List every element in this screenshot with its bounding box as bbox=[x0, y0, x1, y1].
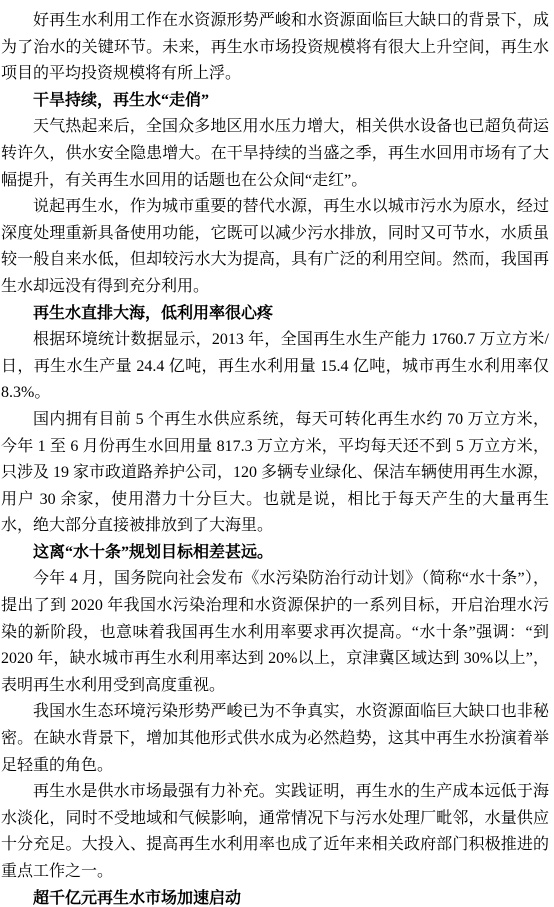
paragraph-reclaimed-water-intro: 说起再生水，作为城市重要的替代水源，再生水以城市污水为原水，经过深度处理重新具备… bbox=[1, 194, 549, 300]
paragraph-supply-market-supplement: 再生水是供水市场最强有力补充。实践证明，再生水的生产成本远低于海水淡化，同时不受… bbox=[1, 779, 549, 885]
paragraph-water-ten-plan: 今年 4 月，国务院向社会发布《水污染防治行动计划》（简称“水十条”），提出了到… bbox=[1, 566, 549, 699]
section-heading-market-launch: 超千亿元再生水市场加速启动 bbox=[1, 886, 549, 907]
section-heading-low-utilization: 再生水直排大海，低利用率很心疼 bbox=[1, 301, 549, 328]
paragraph-supply-systems: 国内拥有目前 5 个再生水供应系统，每天可转化再生水约 70 万立方米，今年 1… bbox=[1, 407, 549, 540]
section-heading-drought-popularity: 干旱持续，再生水“走俏” bbox=[1, 88, 549, 115]
paragraph-investment-outlook: 好再生水利用工作在水资源形势严峻和水资源面临巨大缺口的背景下，成为了治水的关键环… bbox=[1, 8, 549, 88]
paragraph-water-pressure: 天气热起来后，全国众多地区用水压力增大，相关供水设备也已超负荷运转许久，供水安全… bbox=[1, 114, 549, 194]
document-page: 好再生水利用工作在水资源形势严峻和水资源面临巨大缺口的背景下，成为了治水的关键环… bbox=[0, 0, 554, 907]
paragraph-water-shortage-trend: 我国水生态环境污染形势严峻已为不争真实，水资源面临巨大缺口也非秘密。在缺水背景下… bbox=[1, 699, 549, 779]
section-heading-gap-from-plan: 这离“水十条”规划目标相差甚远。 bbox=[1, 540, 549, 567]
paragraph-2013-statistics: 根据环境统计数据显示，2013 年，全国再生水生产能力 1760.7 万立方米/… bbox=[1, 327, 549, 407]
